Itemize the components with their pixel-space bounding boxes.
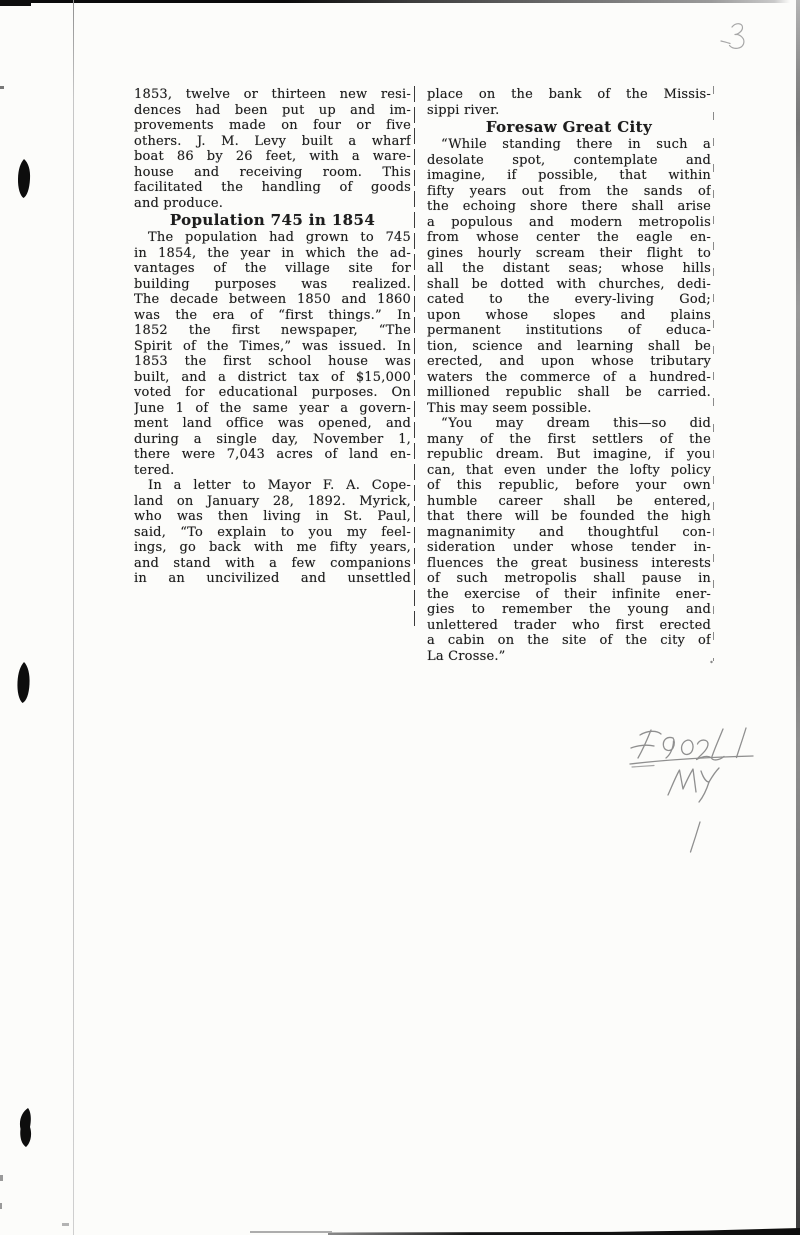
subheading-population: Population 745 in 1854 (134, 212, 411, 229)
ink-blot (18, 159, 30, 198)
text-line: house and receiving room. This (134, 165, 411, 181)
scan-edge-right (796, 0, 800, 1235)
paragraph-mississippi: place on the bank of the Missis-sippi ri… (427, 87, 711, 118)
text-line: place on the bank of the Missis- (427, 87, 711, 103)
text-line: that there will be founded the high (427, 509, 711, 525)
text-line: La Crosse.” (427, 649, 711, 665)
text-line: desolate spot, contemplate and (427, 153, 711, 169)
text-line: there were 7,043 acres of land en- (134, 447, 411, 463)
text-line: tion, science and learning shall be (427, 339, 711, 355)
text-line: of this republic, before your own (427, 478, 711, 494)
article-left-column: 1853, twelve or thirteen new resi-dences… (134, 87, 411, 587)
handwritten-catalog-number (630, 728, 753, 767)
text-line: millioned republic shall be carried. (427, 385, 711, 401)
ink-blot (20, 1108, 31, 1147)
text-line: the echoing shore there shall arise (427, 199, 711, 215)
text-line: sippi river. (427, 103, 711, 119)
text-line: erected, and upon whose tributary (427, 354, 711, 370)
scan-edge-top (0, 0, 790, 3)
text-line: a populous and modern metropolis (427, 215, 711, 231)
text-line: of such metropolis shall pause in (427, 571, 711, 587)
text-line: cated to the every-living God; (427, 292, 711, 308)
edge-mark (62, 1223, 69, 1226)
page-fold-line (73, 0, 74, 1235)
text-line: boat 86 by 26 feet, with a ware- (134, 149, 411, 165)
article-right-column: place on the bank of the Missis-sippi ri… (427, 87, 711, 664)
text-line: shall be dotted with churches, dedi- (427, 277, 711, 293)
text-line: in an uncivilized and unsettled (134, 571, 411, 587)
paragraph-population: The population had grown to 745in 1854, … (134, 230, 411, 478)
right-column-edge-rule (713, 86, 714, 661)
paragraph-improvements: 1853, twelve or thirteen new resi-dences… (134, 87, 411, 211)
text-line: said, “To explain to you my feel- (134, 525, 411, 541)
text-line: a cabin on the site of the city of (427, 633, 711, 649)
text-line: “You may dream this—so did (427, 416, 711, 432)
text-line: In a letter to Mayor F. A. Cope- (134, 478, 411, 494)
paragraph-you-may-dream: “You may dream this—so didmany of the fi… (427, 416, 711, 664)
text-line: dences had been put up and im- (134, 103, 411, 119)
scanned-newspaper-clipping: 1853, twelve or thirteen new resi-dences… (0, 0, 800, 1235)
edge-mark (0, 1203, 2, 1209)
text-line: and produce. (134, 196, 411, 212)
text-line: many of the first settlers of the (427, 432, 711, 448)
text-line: in 1854, the year in which the ad- (134, 246, 411, 262)
handwritten-tally-mark (691, 822, 701, 852)
text-line: This may seem possible. (427, 401, 711, 417)
text-line: 1853, twelve or thirteen new resi- (134, 87, 411, 103)
text-line: ings, go back with me fifty years, (134, 540, 411, 556)
paragraph-letter: In a letter to Mayor F. A. Cope-land on … (134, 478, 411, 587)
edge-mark (0, 86, 4, 89)
text-line: who was then living in St. Paul, (134, 509, 411, 525)
text-line: during a single day, November 1, (134, 432, 411, 448)
scan-edge-top-left (0, 0, 31, 6)
text-line: fluences the great business interests (427, 556, 711, 572)
text-line: The decade between 1850 and 1860 (134, 292, 411, 308)
ink-blot (17, 662, 29, 703)
text-line: permanent institutions of educa- (427, 323, 711, 339)
text-line: provements made on four or five (134, 118, 411, 134)
text-line: The population had grown to 745 (134, 230, 411, 246)
text-line: land on January 28, 1892. Myrick, (134, 494, 411, 510)
text-line: 1853 the first school house was (134, 354, 411, 370)
text-line: humble career shall be entered, (427, 494, 711, 510)
text-line: building purposes was realized. (134, 277, 411, 293)
text-line: upon whose slopes and plains (427, 308, 711, 324)
text-line: imagine, if possible, that within (427, 168, 711, 184)
text-line: can, that even under the lofty policy (427, 463, 711, 479)
text-line: Spirit of the Times,” was issued. In (134, 339, 411, 355)
text-line: the exercise of their infinite ener- (427, 587, 711, 603)
text-line: from whose center the eagle en- (427, 230, 711, 246)
text-line: “While standing there in such a (427, 137, 711, 153)
text-line: unlettered trader who first erected (427, 618, 711, 634)
text-line: ment land office was opened, and (134, 416, 411, 432)
handwritten-page-number (721, 24, 744, 49)
subheading-foresaw: Foresaw Great City (427, 119, 711, 136)
text-line: gies to remember the young and (427, 602, 711, 618)
text-line: 1852 the first newspaper, “The (134, 323, 411, 339)
text-line: sideration under whose tender in- (427, 540, 711, 556)
scan-edge-bottom-light (250, 1231, 332, 1233)
edge-mark (0, 1175, 3, 1181)
text-line: waters the commerce of a hundred- (427, 370, 711, 386)
column-divider-rule (414, 86, 415, 626)
text-line: gines hourly scream their flight to (427, 246, 711, 262)
text-line: June 1 of the same year a govern- (134, 401, 411, 417)
text-line: built, and a district tax of $15,000 (134, 370, 411, 386)
text-line: was the era of “first things.” In (134, 308, 411, 324)
text-line: all the distant seas; whose hills (427, 261, 711, 277)
text-line: magnanimity and thoughtful con- (427, 525, 711, 541)
text-line: fifty years out from the sands of (427, 184, 711, 200)
text-line: republic dream. But imagine, if you (427, 447, 711, 463)
text-line: and stand with a few companions (134, 556, 411, 572)
scan-edge-bottom (328, 1228, 800, 1235)
text-line: voted for educational purposes. On (134, 385, 411, 401)
paragraph-while-standing: “While standing there in such adesolate … (427, 137, 711, 416)
text-line: vantages of the village site for (134, 261, 411, 277)
text-line: tered. (134, 463, 411, 479)
text-line: facilitated the handling of goods (134, 180, 411, 196)
handwritten-initials (668, 768, 719, 802)
text-line: others. J. M. Levy built a wharf (134, 134, 411, 150)
